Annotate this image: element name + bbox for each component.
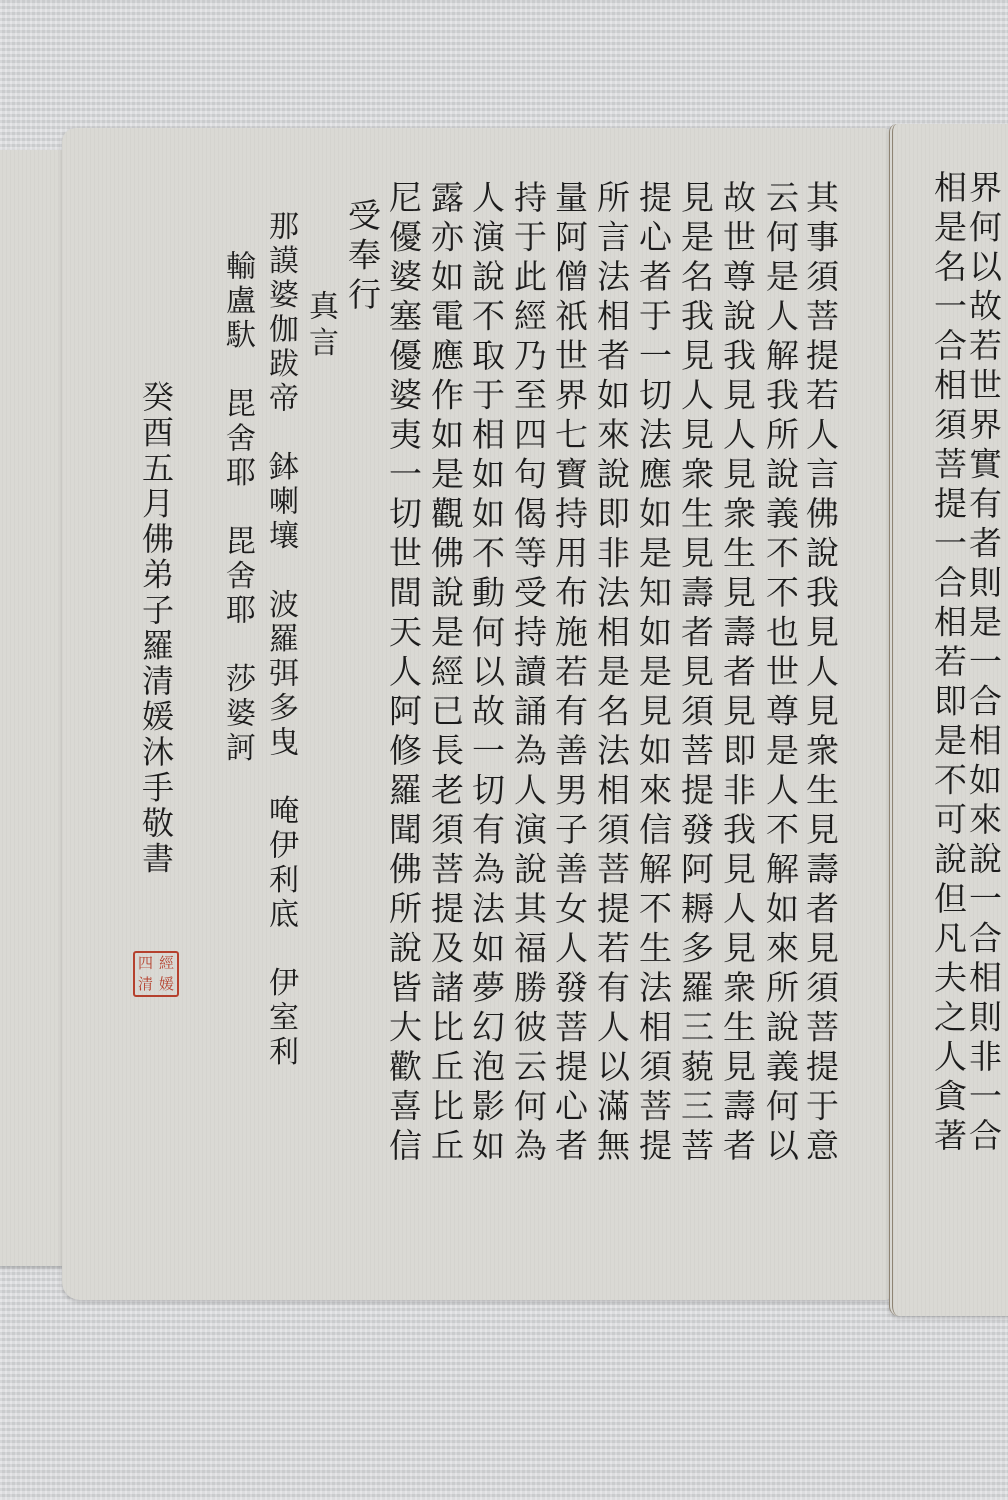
mantra-column-2: 輸盧馱 毘舍耶 毘舍耶 莎婆訶 [217, 250, 257, 766]
sutra-column-3: 故世尊說我見人見衆生見壽者見即非我見人見衆生見壽者 [717, 180, 757, 1168]
sutra-column-6: 所言法相者如來說即非法相是名法相須菩提若有人以滿無 [591, 180, 631, 1168]
sutra-column-12: 受奉行 [342, 198, 382, 317]
seal-char: 四 [135, 953, 156, 974]
colophon-signature: 癸酉五月佛弟子羅清媛沐手敬書 [136, 380, 176, 877]
sutra-column-1: 其事須菩提若人言佛說我見人見衆生見壽者見須菩提于意 [800, 180, 840, 1168]
seal-char: 媛 [156, 974, 177, 995]
sutra-column-2: 云何是人解我所說義不不也世尊是人不解如來所說義何以 [760, 180, 800, 1168]
mantra-title: 真言 [300, 290, 340, 363]
sutra-column-9: 人演說不取于相如如不動何以故一切有為法如夢幻泡影如 [466, 180, 506, 1168]
sutra-column-10: 露亦如電應作如是觀佛說是經已長老須菩提及諸比丘比丘 [425, 180, 465, 1168]
mantra-column-1: 那謨婆伽跋帝 鉢喇壤 波羅弭多曳 唵伊利底 伊室利 [260, 210, 300, 1070]
seal-char: 清 [135, 974, 156, 995]
red-seal-stamp: 四 經 清 媛 [133, 951, 179, 997]
sutra-column-8: 持于此經乃至四句偈等受持讀誦為人演說其福勝彼云何為 [508, 180, 548, 1168]
right-page-column-2: 相是名一合相須菩提一合相若即是不可說但凡夫之人貪著 [928, 170, 968, 1158]
sutra-column-5: 提心者于一切法應如是知如是見如來信解不生法相須菩提 [633, 180, 673, 1168]
sutra-column-11: 尼優婆塞優婆夷一切世間天人阿修羅聞佛所說皆大歡喜信 [383, 180, 423, 1168]
right-page-column-1: 界何以故若世界實有者則是一合相如來說一合相則非一合 [963, 170, 1003, 1158]
sutra-column-4: 見是名我見人見衆生見壽者見須菩提發阿耨多羅三藐三菩 [675, 180, 715, 1168]
seal-char: 經 [156, 953, 177, 974]
sutra-column-7: 量阿僧祇世界七寶持用布施若有善男子善女人發菩提心者 [549, 180, 589, 1168]
